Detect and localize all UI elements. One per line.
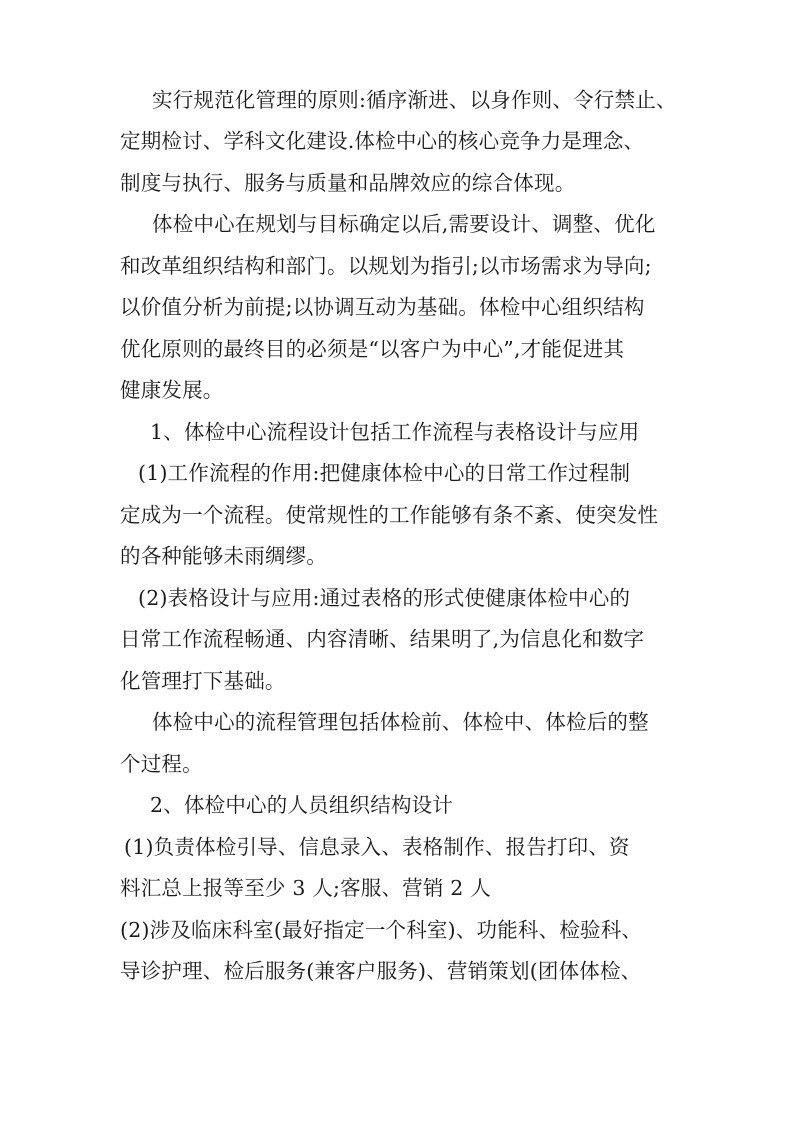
text-line-13: (2)表格设计与应用:通过表格的形式使健康体检中心的 bbox=[138, 586, 698, 610]
text-line-20: 料汇总上报等至少 3 人;客服、营销 2 人 bbox=[120, 876, 680, 900]
section-heading-2: 2、体检中心的人员组织结构设计 bbox=[150, 793, 710, 817]
text-line-22: 导诊护理、检后服务(兼客户服务)、营销策划(团体体检、 bbox=[120, 959, 680, 983]
section-heading-1: 1、体检中心流程设计包括工作流程与表格设计与应用 bbox=[150, 420, 710, 444]
text-line-8: 健康发展。 bbox=[120, 378, 680, 402]
text-line-11: 定成为一个流程。使常规性的工作能够有条不紊、使突发性 bbox=[120, 503, 680, 527]
text-line-2: 定期检讨、学科文化建设.体检中心的核心竞争力是理念、 bbox=[120, 129, 680, 153]
text-line-21: (2)涉及临床科室(最好指定一个科室)、功能科、检验科、 bbox=[120, 918, 680, 942]
text-line-5: 和改革组织结构和部门。以规划为指引;以市场需求为导向; bbox=[120, 254, 680, 278]
text-line-16: 体检中心的流程管理包括体检前、体检中、体检后的整 bbox=[152, 710, 712, 734]
text-line-15: 化管理打下基础。 bbox=[120, 669, 680, 693]
text-line-14: 日常工作流程畅通、内容清晰、结果明了,为信息化和数字 bbox=[120, 627, 680, 651]
text-line-17: 个过程。 bbox=[120, 752, 680, 776]
text-line-3: 制度与执行、服务与质量和品牌效应的综合体现。 bbox=[120, 171, 680, 195]
text-line-1: 实行规范化管理的原则:循序渐进、以身作则、令行禁止、 bbox=[152, 88, 712, 112]
text-line-4: 体检中心在规划与目标确定以后,需要设计、调整、优化 bbox=[152, 212, 712, 236]
text-line-19: (1)负责体检引导、信息录入、表格制作、报告打印、资 bbox=[124, 835, 684, 859]
text-line-7: 优化原则的最终目的必须是“以客户为中心”,才能促进其 bbox=[120, 337, 680, 361]
text-line-10: (1)工作流程的作用:把健康体检中心的日常工作过程制 bbox=[138, 461, 698, 485]
text-line-12: 的各种能够未雨绸缪。 bbox=[120, 544, 680, 568]
document-page: 实行规范化管理的原则:循序渐进、以身作则、令行禁止、 定期检讨、学科文化建设.体… bbox=[0, 0, 793, 1122]
text-line-6: 以价值分析为前提;以协调互动为基础。体检中心组织结构 bbox=[120, 295, 680, 319]
